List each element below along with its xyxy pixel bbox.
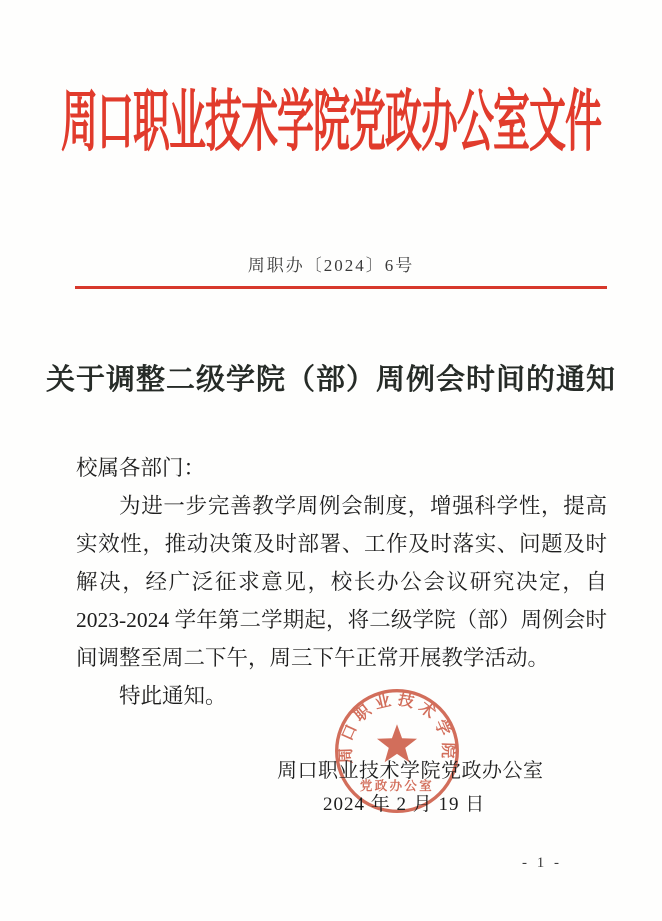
red-divider-line bbox=[75, 286, 607, 289]
document-page: 周口职业技术学院党政办公室文件 周职办〔2024〕6号 关于调整二级学院（部）周… bbox=[0, 0, 662, 921]
document-date: 2024 年 2 月 19 日 bbox=[323, 789, 485, 816]
notice-title: 关于调整二级学院（部）周例会时间的通知 bbox=[0, 357, 662, 398]
salutation: 校属各部门： bbox=[76, 449, 607, 487]
body-paragraph: 为进一步完善教学周例会制度，增强科学性，提高实效性，推动决策及时部署、工作及时落… bbox=[76, 487, 607, 677]
doc-number: 周职办〔2024〕6号 bbox=[0, 251, 662, 276]
signature-office: 周口职业技术学院党政办公室 bbox=[277, 754, 544, 783]
red-header-title: 周口职业技术学院党政办公室文件 bbox=[0, 90, 662, 157]
document-body: 校属各部门： 为进一步完善教学周例会制度，增强科学性，提高实效性，推动决策及时部… bbox=[76, 449, 607, 715]
page-number: - 1 - bbox=[522, 855, 562, 872]
